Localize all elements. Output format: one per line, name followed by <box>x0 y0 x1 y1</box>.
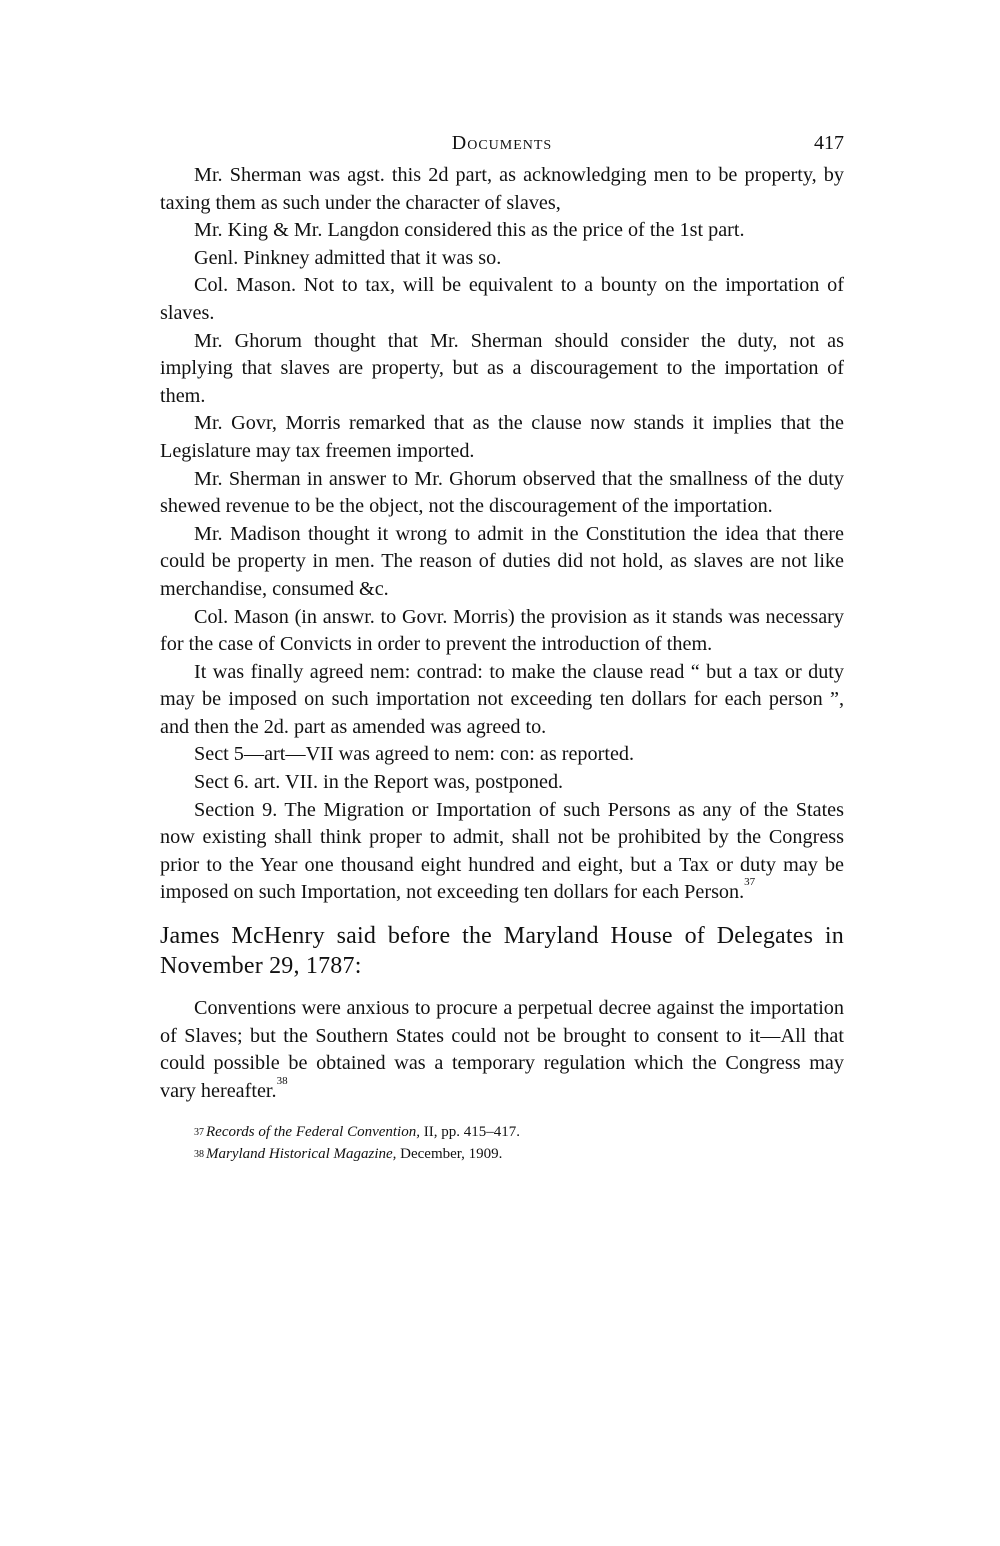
page-number: 417 <box>814 132 844 155</box>
footnote-detail: II, pp. 415–417. <box>420 1124 520 1140</box>
body-text: Mr. Sherman was agst. this 2d part, as a… <box>160 162 844 907</box>
paragraph: Col. Mason (in answr. to Govr. Morris) t… <box>160 604 844 659</box>
document-page: Documents 417 Mr. Sherman was agst. this… <box>160 128 844 1165</box>
footnote-source-title: Records of the Federal Convention, <box>206 1124 420 1140</box>
paragraph: Mr. Sherman in answer to Mr. Ghorum obse… <box>160 466 844 521</box>
paragraph-text: Col. Mason. Not to tax, will be equivale… <box>160 274 844 324</box>
section-heading: James McHenry said before the Maryland H… <box>160 921 844 981</box>
quotation-block: Conventions were anxious to procure a pe… <box>160 995 844 1105</box>
footnote-reference-38: 38 <box>277 1075 288 1087</box>
paragraph: Sect 5—art—VII was agreed to nem: con: a… <box>160 741 844 769</box>
quotation-text: Conventions were anxious to procure a pe… <box>160 997 844 1102</box>
footnote-37: 37Records of the Federal Convention, II,… <box>194 1121 844 1143</box>
footnote-number: 37 <box>194 1127 204 1138</box>
paragraph-text: Mr. Govr, Morris remarked that as the cl… <box>160 412 844 462</box>
paragraph: Mr. Sherman was agst. this 2d part, as a… <box>160 162 844 217</box>
paragraph: Sect 6. art. VII. in the Report was, pos… <box>160 769 844 797</box>
footnote-source-title: Maryland Historical Magazine, <box>206 1146 396 1162</box>
paragraph-text: Mr. Sherman was agst. this 2d part, as a… <box>160 164 844 214</box>
paragraph: Section 9. The Migration or Importation … <box>160 797 844 907</box>
quotation-paragraph: Conventions were anxious to procure a pe… <box>160 995 844 1105</box>
paragraph: It was finally agreed nem: contrad: to m… <box>160 659 844 742</box>
paragraph: Mr. King & Mr. Langdon considered this a… <box>160 217 844 245</box>
paragraph-text: Mr. King & Mr. Langdon considered this a… <box>194 219 745 241</box>
paragraph: Mr. Madison thought it wrong to admit in… <box>160 521 844 604</box>
paragraph-text: Mr. Ghorum thought that Mr. Sherman shou… <box>160 330 844 407</box>
footnotes: 37Records of the Federal Convention, II,… <box>160 1121 844 1165</box>
paragraph-text: Col. Mason (in answr. to Govr. Morris) t… <box>160 606 844 656</box>
running-head: Documents 417 <box>160 128 844 162</box>
paragraph-text: Sect 5—art—VII was agreed to nem: con: a… <box>194 743 634 765</box>
paragraph-text: Sect 6. art. VII. in the Report was, pos… <box>194 771 563 793</box>
footnote-38: 38Maryland Historical Magazine, December… <box>194 1143 844 1165</box>
footnote-number: 38 <box>194 1149 204 1160</box>
paragraph-text: Mr. Madison thought it wrong to admit in… <box>160 523 844 600</box>
paragraph: Mr. Govr, Morris remarked that as the cl… <box>160 410 844 465</box>
paragraph-text: Section 9. The Migration or Importation … <box>160 799 844 904</box>
paragraph: Col. Mason. Not to tax, will be equivale… <box>160 272 844 327</box>
footnote-detail: December, 1909. <box>396 1146 502 1162</box>
paragraph: Genl. Pinkney admitted that it was so. <box>160 245 844 273</box>
paragraph: Mr. Ghorum thought that Mr. Sherman shou… <box>160 328 844 411</box>
paragraph-text: Genl. Pinkney admitted that it was so. <box>194 247 501 269</box>
running-title: Documents <box>160 132 844 155</box>
footnote-reference-37: 37 <box>744 876 755 888</box>
paragraph-text: Mr. Sherman in answer to Mr. Ghorum obse… <box>160 468 844 518</box>
paragraph-text: It was finally agreed nem: contrad: to m… <box>160 661 844 738</box>
